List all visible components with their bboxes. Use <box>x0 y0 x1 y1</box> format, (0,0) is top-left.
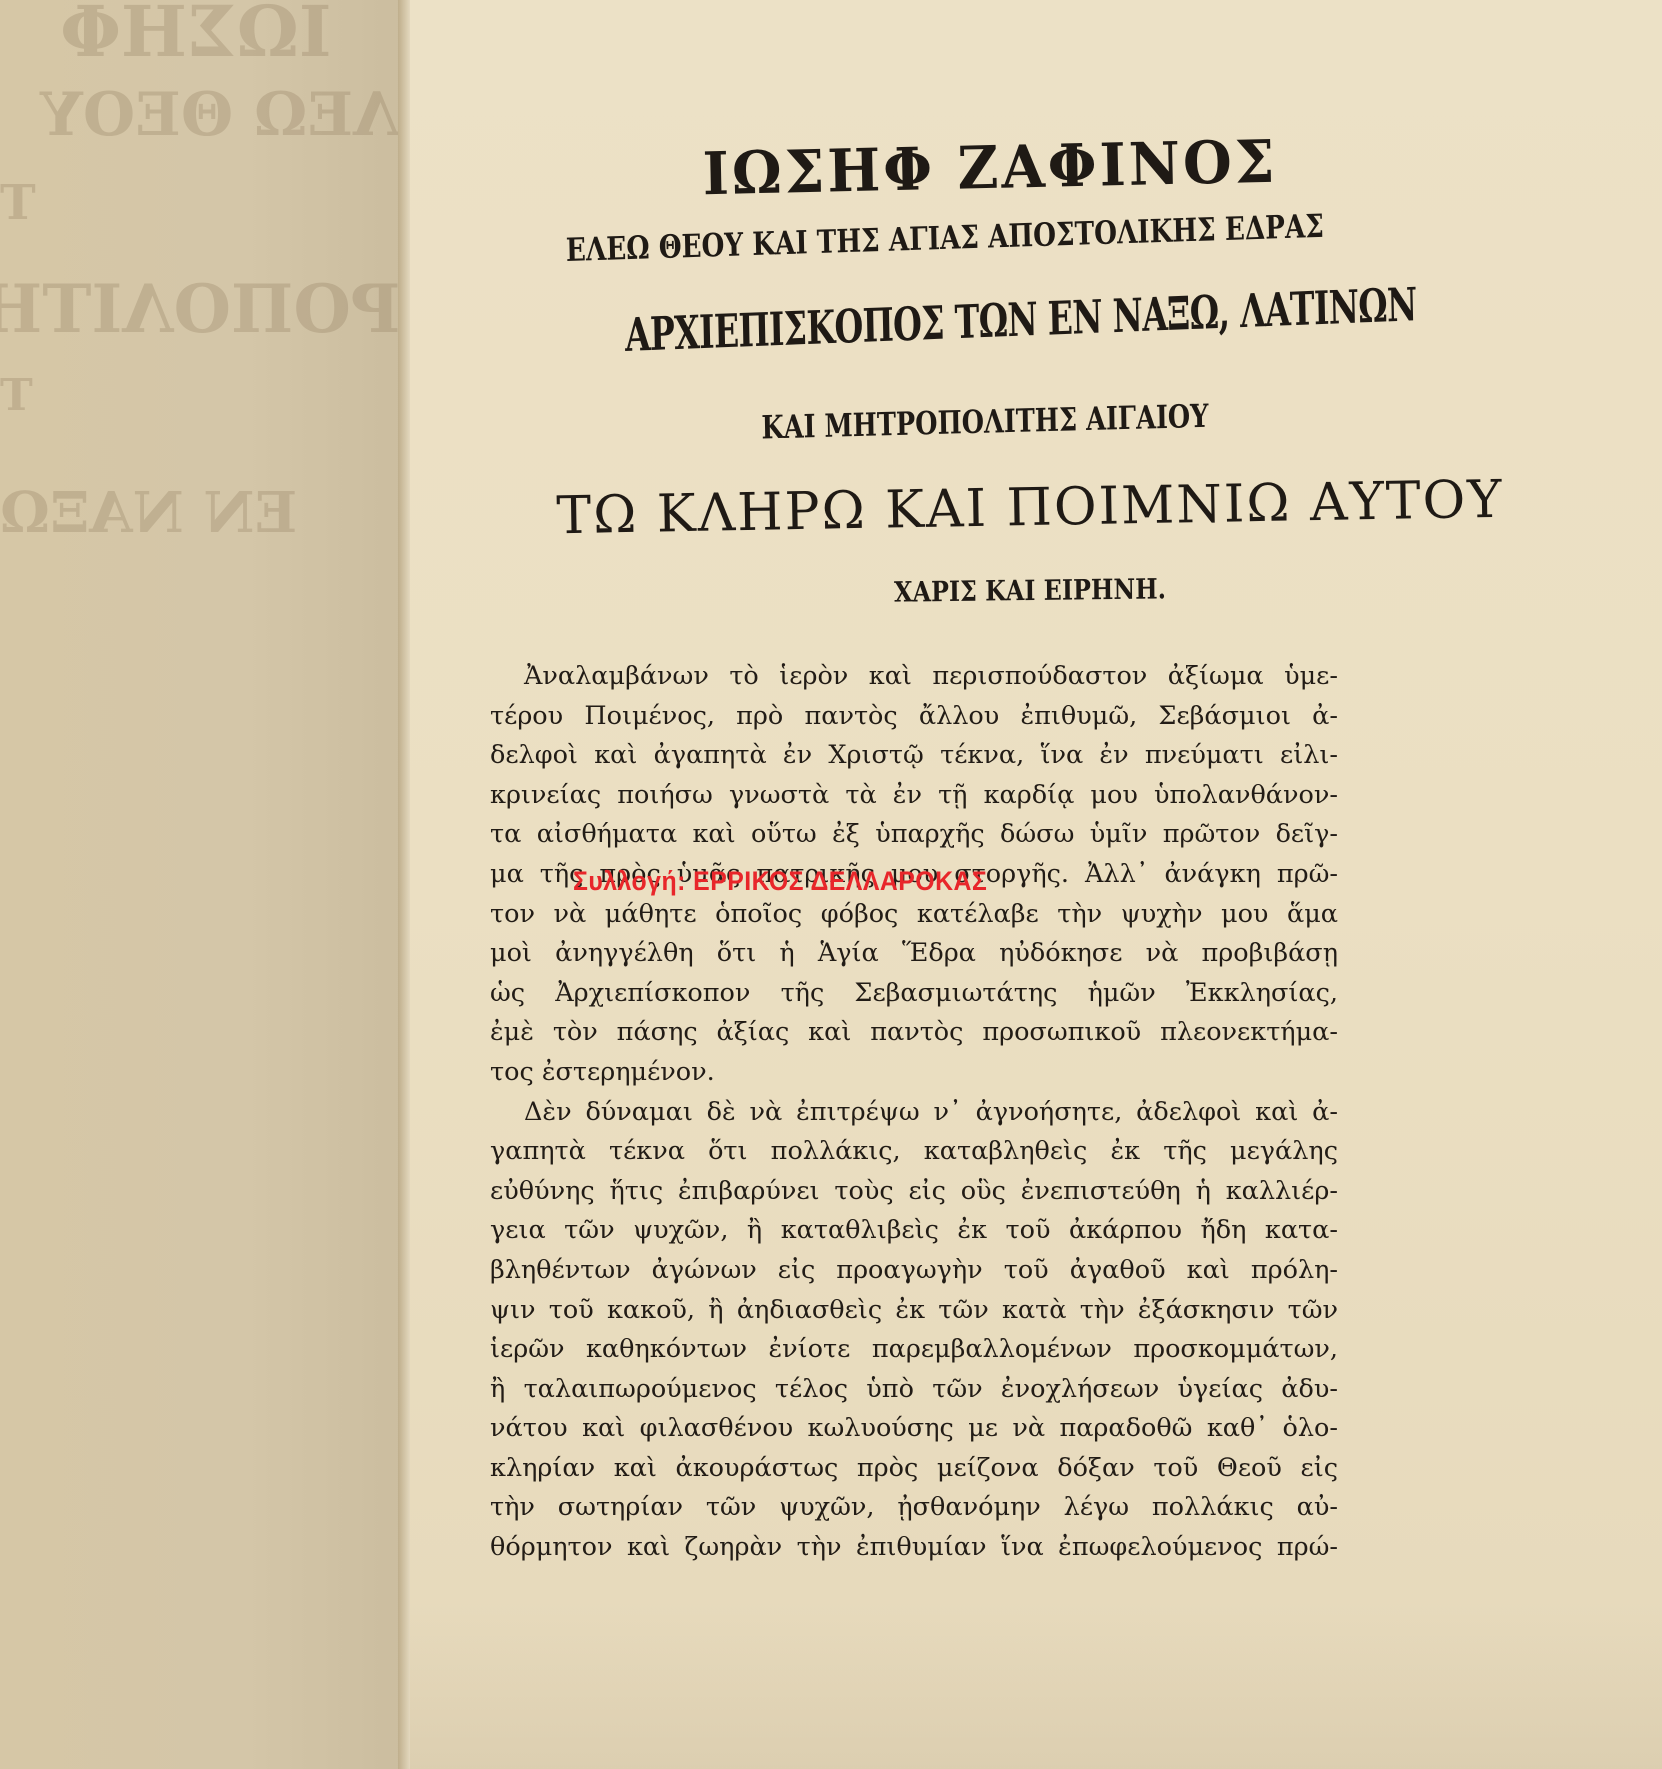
bleed-through-text: ΙΩΣΗΦ <box>60 0 332 73</box>
bleed-through-text: Τ <box>0 370 33 421</box>
body-line: τα αἰσθήματα καὶ οὕτω ἐξ ὑπαρχῆς δώσω ὑμ… <box>490 815 1338 855</box>
body-line: γεια τῶν ψυχῶν, ἢ καταθλιβεὶς ἐκ τοῦ ἀκά… <box>490 1211 1338 1251</box>
body-line: μοὶ ἀνηγγέλθη ὅτι ἡ Ἁγία Ἕδρα ηὐδόκησε ν… <box>490 934 1338 974</box>
body-line: γαπητὰ τέκνα ὅτι πολλάκις, καταβληθεὶς ἐ… <box>490 1132 1338 1172</box>
body-line: ψιν τοῦ κακοῦ, ἢ ἀηδιασθεὶς ἐκ τῶν κατὰ … <box>490 1291 1338 1331</box>
body-line: τέρου Ποιμένος, πρὸ παντὸς ἄλλου ἐπιθυμῶ… <box>490 697 1338 737</box>
body-line: δελφοὶ καὶ ἀγαπητὰ ἐν Χριστῷ τέκνα, ἵνα … <box>490 736 1338 776</box>
body-line: κρινείας ποιήσω γνωστὰ τὰ ἐν τῇ καρδίᾳ μ… <box>490 776 1338 816</box>
body-line: τος ἐστερημένον. <box>490 1053 1338 1093</box>
heading-line-grace-of-god: ΕΛΕΩ ΘΕΟΥ ΚΑΙ ΤΗΣ ΑΓΙΑΣ ΑΠΟΣΤΟΛΙΚΗΣ ΕΔΡΑ… <box>535 206 1356 270</box>
body-line: ἢ ταλαιπωρούμενος τέλος ὑπὸ τῶν ἐνοχλήσε… <box>490 1370 1338 1410</box>
heading-line-archbishop: ΑΡΧΙΕΠΙΣΚΟΠΟΣ ΤΩΝ ΕΝ ΝΑΞΩ, ΛΑΤΙΝΩΝ <box>624 285 1215 362</box>
bleed-through-text: Τ <box>0 175 36 231</box>
body-line: τὴν σωτηρίαν τῶν ψυχῶν, ᾐσθανόμην λέγω π… <box>490 1488 1338 1528</box>
bleed-through-text: ΕΛΕΩ ΘΕΟΥ <box>40 80 445 150</box>
body-line: θόρμητον καὶ ζωηρὰν τὴν ἐπιθυμίαν ἵνα ἐπ… <box>490 1528 1338 1568</box>
letter-body: Ἀναλαμβάνων τὸ ἱερὸν καὶ περισπούδαστον … <box>490 657 1338 1568</box>
heading-line-addressees: ΤΩ ΚΛΗΡΩ ΚΑΙ ΠΟΙΜΝΙΩ ΑΥΤΟΥ <box>510 469 1551 547</box>
body-line: ἐμὲ τὸν πάσης ἀξίας καὶ παντὸς προσωπικο… <box>490 1013 1338 1053</box>
bleed-through-text: ΕΝ ΝΑΞΩ <box>0 480 297 546</box>
heading-line-metropolitan: ΚΑΙ ΜΗΤΡΟΠΟΛΙΤΗΣ ΑΙΓΑΙΟΥ <box>705 395 1266 448</box>
body-line: κληρίαν καὶ ἀκουράστως πρὸς μείζονα δόξα… <box>490 1449 1338 1489</box>
greeting: ΧΑΡΙΣ ΚΑΙ ΕΙΡΗΝΗ. <box>860 572 1200 609</box>
body-line: ἱερῶν καθηκόντων ἐνίοτε παρεμβαλλομένων … <box>490 1330 1338 1370</box>
author-name: ΙΩΣΗΦ ΖΑΦΙΝΟΣ <box>699 127 1280 209</box>
collection-watermark: Συλλογή: ΕΡΡΙΚΟΣ ΔΕΛΛΑΡΟΚΑΣ <box>573 866 987 897</box>
body-line: Ἀναλαμβάνων τὸ ἱερὸν καὶ περισπούδαστον … <box>490 657 1338 697</box>
body-line: Δὲν δύναμαι δὲ νὰ ἐπιτρέψω ν᾽ ἀγνοήσητε,… <box>490 1093 1338 1133</box>
page-shadow <box>410 1600 1662 1769</box>
body-line: τον νὰ μάθητε ὁποῖος φόβος κατέλαβε τὴν … <box>490 895 1338 935</box>
left-page-verso: ΙΩΣΗΦ ΕΛΕΩ ΘΕΟΥ Τ ΜΗΤΡΟΠΟΛΙΤΗ Τ ΕΝ ΝΑΞΩ <box>0 0 405 1769</box>
body-line: βληθέντων ἀγώνων εἰς προαγωγὴν τοῦ ἀγαθο… <box>490 1251 1338 1291</box>
body-line: νάτου καὶ φιλασθένου κωλυούσης με νὰ παρ… <box>490 1409 1338 1449</box>
body-line: ὡς Ἀρχιεπίσκοπον τῆς Σεβασμιωτάτης ἡμῶν … <box>490 974 1338 1014</box>
body-line: εὐθύνης ἥτις ἐπιβαρύνει τοὺς εἰς οὓς ἐνε… <box>490 1172 1338 1212</box>
